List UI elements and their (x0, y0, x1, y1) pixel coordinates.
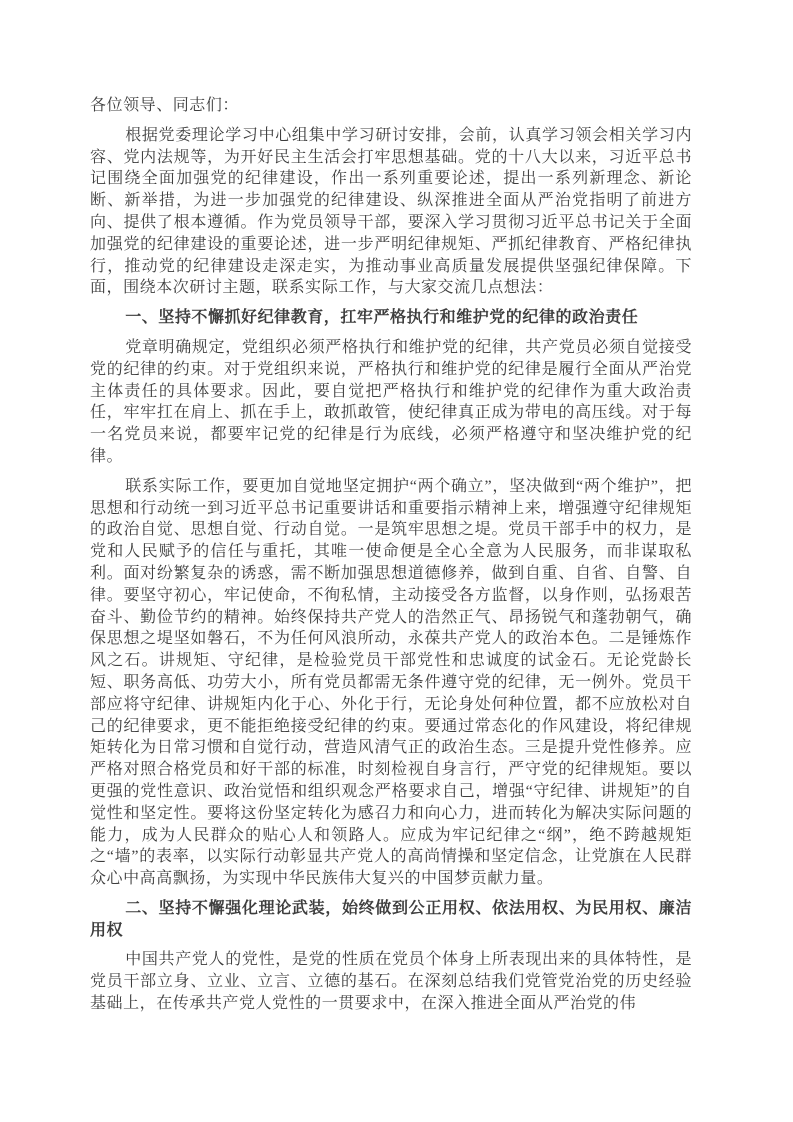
paragraph-intro: 根据党委理论学习中心组集中学习研讨安排，会前，认真学习领会相关学习内容、党内法规… (90, 125, 692, 299)
section-heading-1: 一、坚持不懈抓好纪律教育，扛牢严格执行和维护党的纪律的政治责任 (90, 307, 692, 329)
paragraph-section1-discipline-duty: 党章明确规定，党组织必须严格执行和维护党的纪律，共产党员必须自觉接受党的纪律的约… (90, 337, 692, 468)
paragraph-section1-practice: 联系实际工作，要更加自觉地坚定拥护“两个确立”，坚决做到“两个维护”，把思想和行… (90, 476, 692, 890)
paragraph-section2-party-spirit: 中国共产党人的党性，是党的性质在党员个体身上所表现出来的具体特性，是党员干部立身… (90, 949, 692, 1014)
section-heading-2: 二、坚持不懈强化理论武装，始终做到公正用权、依法用权、为民用权、廉洁用权 (90, 898, 692, 942)
greeting-line: 各位领导、同志们： (90, 95, 692, 117)
document-page: 各位领导、同志们： 根据党委理论学习中心组集中学习研讨安排，会前，认真学习领会相… (0, 0, 793, 1122)
